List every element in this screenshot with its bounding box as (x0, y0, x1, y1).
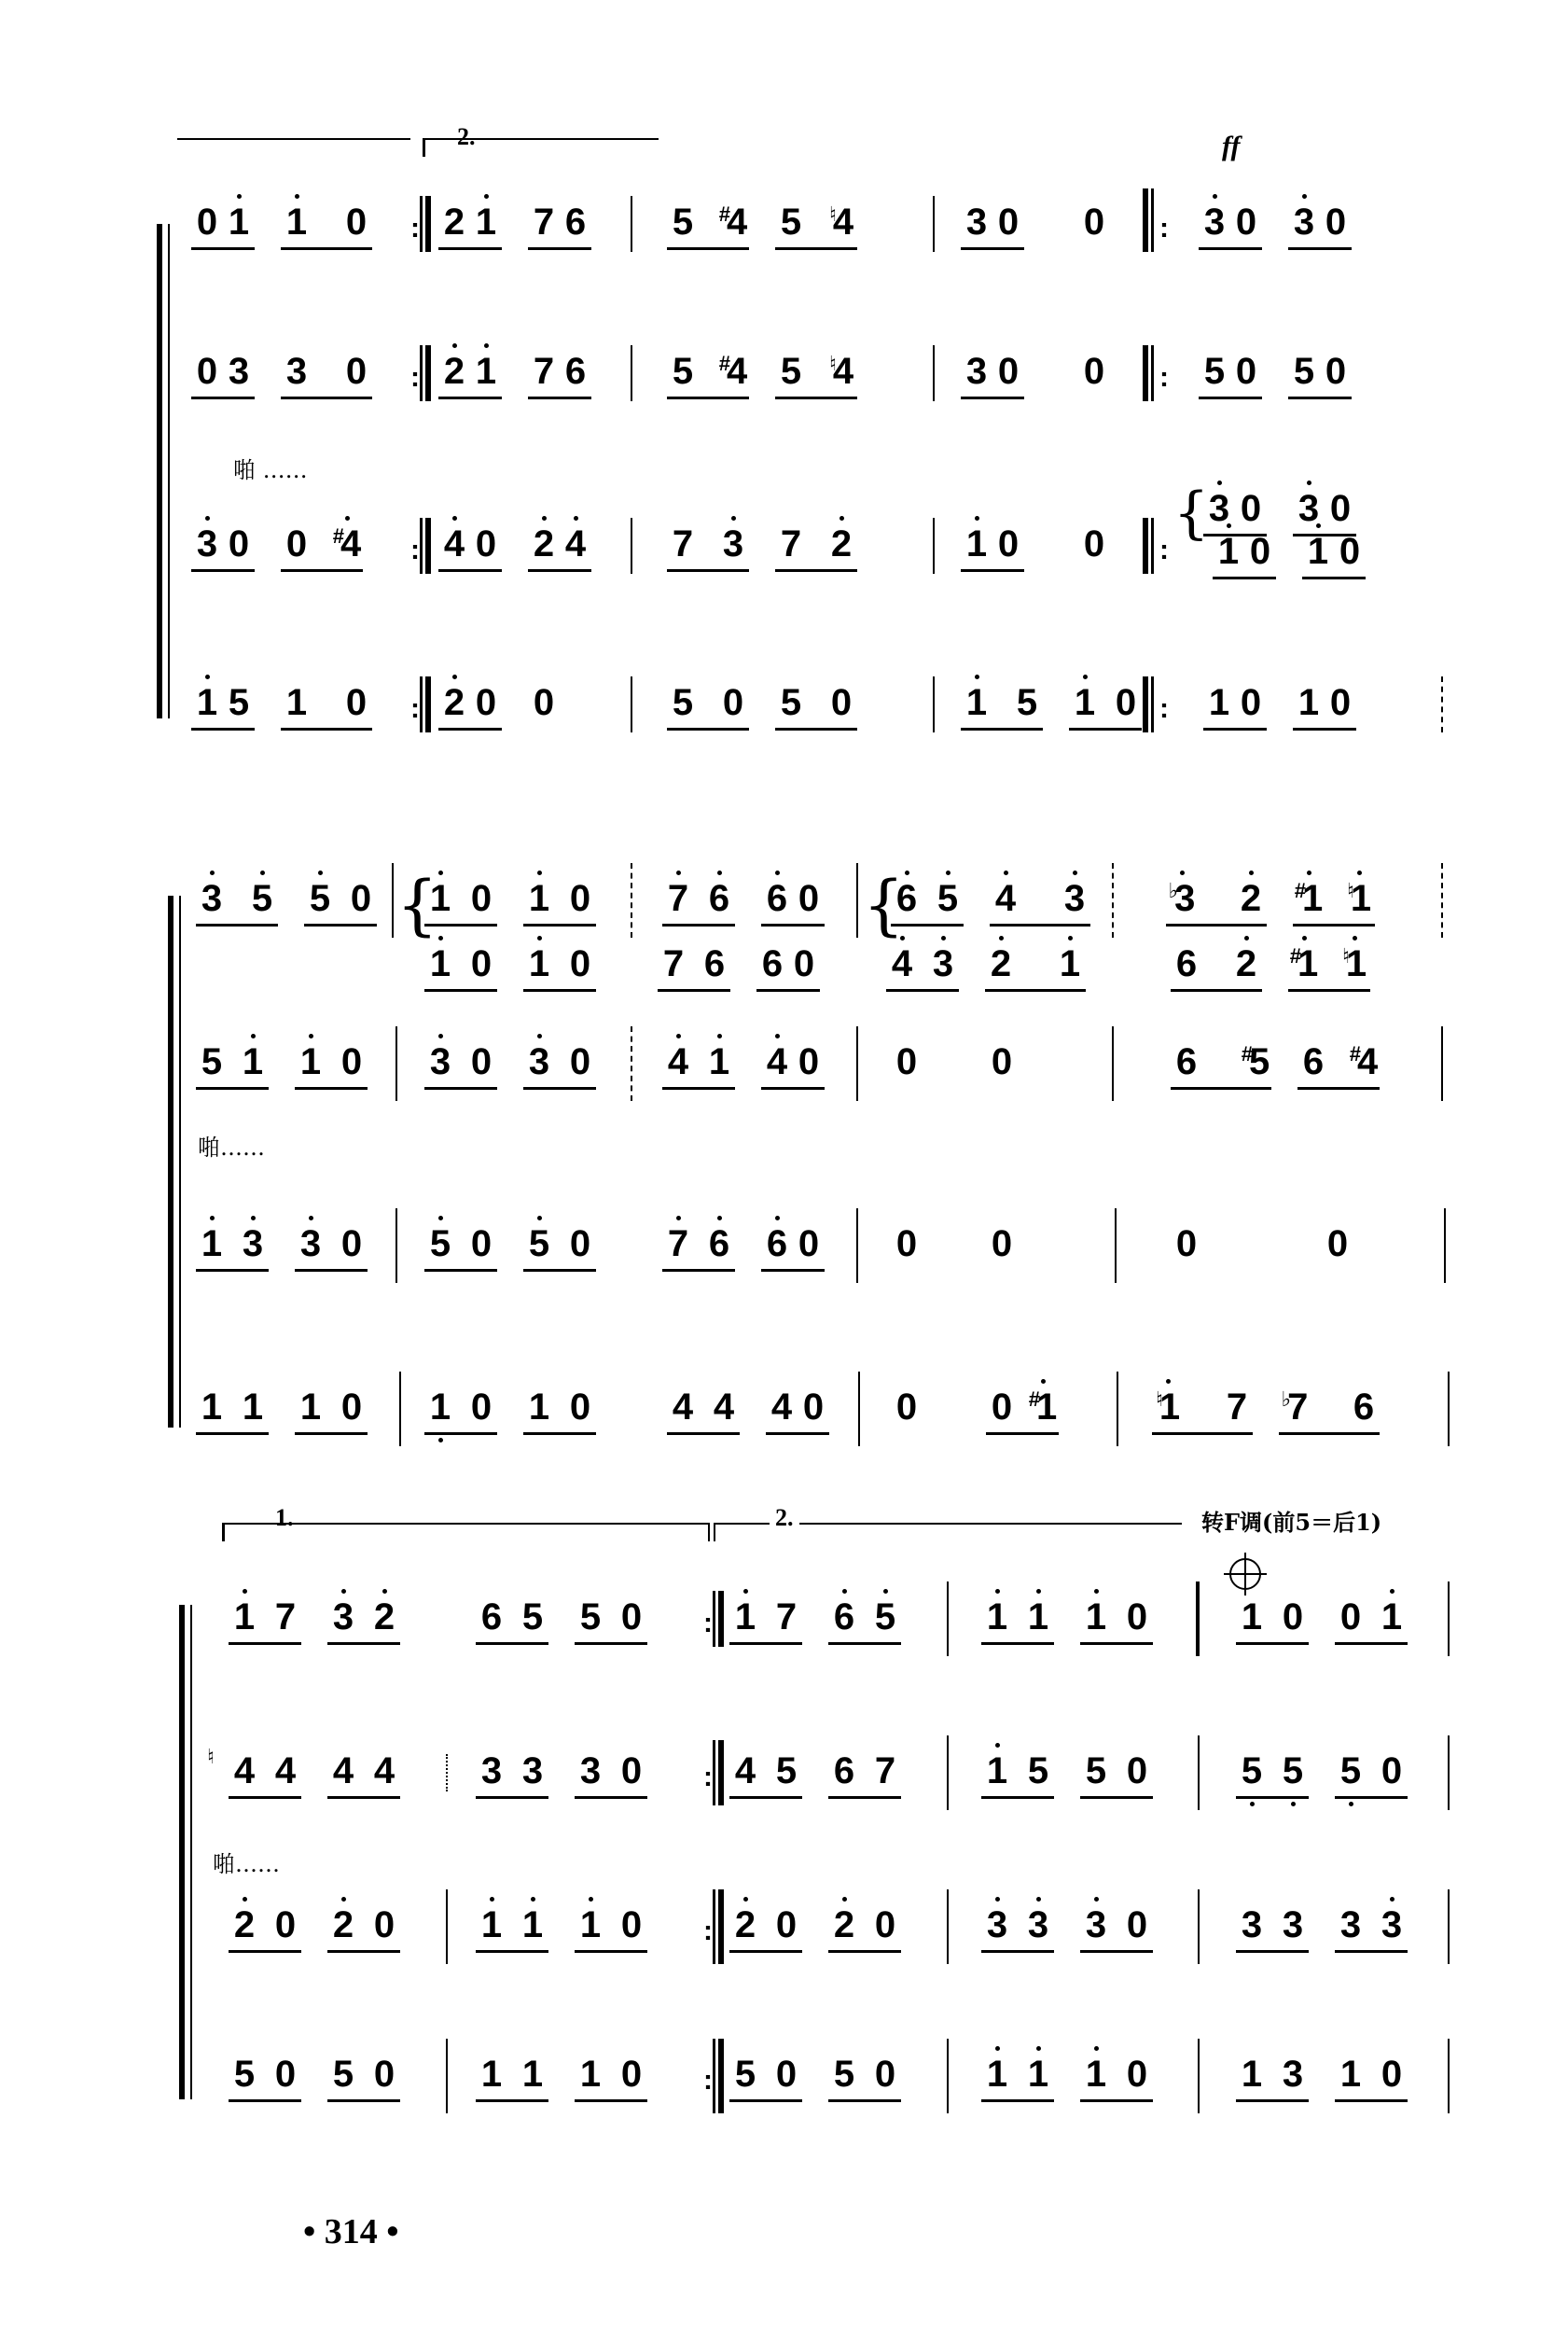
note: 3 (961, 202, 992, 243)
note: 3 (517, 1750, 548, 1791)
barline (392, 863, 394, 938)
measure: 65 50 (476, 1591, 673, 1647)
note: 5 (729, 2054, 761, 2095)
note: 0 (465, 1223, 497, 1264)
page-number: • 314 • (303, 2211, 399, 2252)
measure: 0 0 (1171, 1218, 1380, 1274)
note: 0 (793, 878, 825, 919)
note: 1 (1236, 2054, 1268, 2095)
note: 0 (223, 523, 255, 564)
note: 5 (1199, 351, 1230, 392)
note: 7 (662, 878, 694, 919)
accidental-sign: ♮ (1342, 944, 1350, 968)
note: 1 (523, 878, 555, 919)
note: 7 (1221, 1386, 1253, 1428)
note: 3 (1376, 1904, 1408, 1945)
measure: 45 67 (729, 1745, 927, 1801)
double-barline (713, 1591, 724, 1647)
note: 6 (1171, 1041, 1202, 1082)
staff-1: 17 32 65 50 : 17 65 11 10 10 01 (0, 1591, 1568, 1647)
note: 4 (368, 1750, 400, 1791)
staff-4: 11 10 10 10 44 40 0 0#1 ♮17 ♭76 (0, 1381, 1568, 1437)
note: 5 (1288, 351, 1320, 392)
coda-icon (1229, 1558, 1261, 1590)
double-barline-repeat-start (1143, 345, 1154, 401)
note: 0 (340, 682, 372, 723)
measure: 20 0 (438, 676, 586, 732)
note: 1 (1080, 2054, 1112, 2095)
note: 1 (223, 202, 255, 243)
note: 3 (1335, 1904, 1367, 1945)
note: 5 (424, 1223, 456, 1264)
lyric-mark: 啪 …… (233, 452, 308, 484)
note: 4 (327, 1750, 359, 1791)
note: 5 (1011, 682, 1043, 723)
barline (933, 518, 935, 574)
note: #1 (1027, 1386, 1059, 1428)
measure: 30 30 (424, 1036, 622, 1092)
note: 5 (775, 682, 807, 723)
note: 4 (438, 523, 470, 564)
double-barline (420, 676, 431, 732)
note: 6 (560, 202, 591, 243)
note: 5 (775, 202, 807, 243)
note: 0 (770, 1904, 802, 1945)
measure: 20 20 (229, 1899, 426, 1955)
note: 0 (1320, 202, 1352, 243)
accidental-sign: ♮ (829, 202, 837, 226)
key-change-label: 转F调(前5＝后1) (1201, 1504, 1381, 1537)
note: 1 (1302, 531, 1334, 572)
barline-dashed (1112, 863, 1116, 938)
note: 0 (564, 1223, 596, 1264)
measure: 5#4 5♮4 (667, 345, 883, 401)
repeat-end: : (703, 1917, 713, 1945)
repeat-start: : (1159, 364, 1169, 392)
measure: 33 33 (1236, 1899, 1434, 1955)
measure: 30 0#4 (191, 518, 389, 574)
note: 4 (708, 1386, 740, 1428)
note: #4 (331, 523, 363, 564)
accidental-sign: # (333, 524, 344, 548)
note: 0 (1277, 1596, 1309, 1637)
accidental-sign: # (1242, 1042, 1253, 1066)
note: 1 (1203, 682, 1235, 723)
note: 1 (523, 1386, 555, 1428)
note: 0 (1325, 682, 1356, 723)
note: 2 (438, 202, 470, 243)
barline (947, 2039, 949, 2113)
double-barline (420, 518, 431, 574)
note: 1 (981, 1750, 1013, 1791)
accidental-sign: ♭ (1282, 1387, 1291, 1411)
note: 1 (517, 2054, 548, 2095)
repeat-start: : (1159, 215, 1169, 243)
note: 3 (1277, 2054, 1309, 2095)
note: 1 (1069, 682, 1101, 723)
note: 1 (981, 1596, 1013, 1637)
note: 0 (1335, 1596, 1367, 1637)
barline (631, 345, 632, 401)
note: 0 (770, 2054, 802, 2095)
measure: 17 32 (229, 1591, 426, 1647)
staff-2: 03 30 : 21 76 5#4 5♮4 30 0 : 50 50 (0, 345, 1568, 401)
barline (1117, 1372, 1118, 1446)
note: 0 (992, 351, 1024, 392)
double-barline (713, 1889, 724, 1964)
note: 3 (1059, 878, 1090, 919)
double-barline-repeat-start (1143, 518, 1154, 574)
note: 2 (729, 1904, 761, 1945)
note: ♭7 (1279, 1386, 1311, 1428)
measure: 10 10 (424, 1381, 622, 1437)
note: 0 (1244, 531, 1276, 572)
note: 4 (886, 943, 918, 984)
note: 1 (575, 2054, 606, 2095)
measure: 41 40 (662, 1036, 851, 1092)
note: 0 (1078, 523, 1110, 564)
note: 0 (793, 1223, 825, 1264)
staff-3: 13 30 50 50 76 60 0 0 0 0 (0, 1218, 1568, 1274)
barline (933, 345, 935, 401)
note: 1 (575, 1904, 606, 1945)
staff-3: 20 20 11 10 : 20 20 33 30 33 33 (0, 1899, 1568, 1955)
note: 1 (981, 2054, 1013, 2095)
measure: 17 65 (729, 1591, 927, 1647)
double-barline (420, 196, 431, 252)
double-barline (713, 2039, 724, 2113)
staff-2: ♮ 44 44 33 30 : 45 67 15 50 55 50 (0, 1745, 1568, 1801)
note: 0 (1325, 488, 1356, 529)
note: 3 (237, 1223, 269, 1264)
note: 0 (336, 1223, 368, 1264)
note: 2 (368, 1596, 400, 1637)
note: 1 (1080, 1596, 1112, 1637)
accidental-sign: ♭ (1169, 879, 1178, 902)
note: 0 (336, 1386, 368, 1428)
note: 5 (223, 682, 255, 723)
note: 0 (1235, 682, 1267, 723)
note: 1 (281, 202, 312, 243)
measure: 11 10 (196, 1381, 394, 1437)
accidental-sign: # (1029, 1387, 1040, 1411)
measure: 50 50 (424, 1218, 622, 1274)
note: 0 (1121, 2054, 1153, 2095)
staff-1: 35 50 { 10 10 76 60 { 65 43 ♭32 #1♮1 (0, 872, 1568, 928)
barline (446, 1889, 448, 1964)
note: 0 (1376, 1750, 1408, 1791)
note: 0 (891, 1223, 923, 1264)
measure: 73 72 (667, 518, 883, 574)
note: 0 (1376, 2054, 1408, 2095)
note: 6 (703, 878, 735, 919)
repeat-end: : (703, 1763, 713, 1791)
note: 7 (869, 1750, 901, 1791)
note: 3 (1288, 202, 1320, 243)
measure: 0 0#1 (891, 1381, 1085, 1437)
note: 4 (270, 1750, 301, 1791)
note: 6 (476, 1596, 507, 1637)
note: 3 (281, 351, 312, 392)
repeat-end: : (703, 1609, 713, 1637)
note: #1 (1293, 878, 1325, 919)
note: 0 (465, 1041, 497, 1082)
note: 1 (295, 1041, 326, 1082)
barline (1112, 1026, 1114, 1101)
note: 2 (985, 943, 1017, 984)
note: 4 (766, 1386, 798, 1428)
barline (933, 196, 935, 252)
measure-lower: 10 10 (1213, 525, 1392, 581)
note: 0 (340, 202, 372, 243)
note: 5 (667, 202, 699, 243)
note: #4 (717, 351, 749, 392)
note: 1 (196, 1386, 228, 1428)
note: 3 (191, 523, 223, 564)
barline (631, 676, 632, 732)
staff-4: 15 10 : 20 0 50 50 15 10 : 10 10 (0, 676, 1568, 732)
note: 3 (1022, 1904, 1054, 1945)
note: 4 (990, 878, 1021, 919)
staff-1: 01 10 : 21 76 5#4 5♮4 30 0 : 30 30 (0, 196, 1568, 252)
barline (947, 1582, 949, 1656)
measure: 11 10 (981, 1591, 1179, 1647)
note: 0 (869, 1904, 901, 1945)
note: 7 (775, 523, 807, 564)
measure: 55 50 (1236, 1745, 1434, 1801)
volta-2-label: 2. (457, 123, 476, 151)
note: 6 (761, 878, 793, 919)
measure: 21 76 (438, 196, 617, 252)
measure-upper: 76 60 (662, 872, 851, 928)
note: 0 (340, 351, 372, 392)
measure: 40 24 (438, 518, 617, 574)
note: 5 (932, 878, 964, 919)
note: 3 (927, 943, 959, 984)
note: 0 (465, 878, 497, 919)
note: 0 (992, 523, 1024, 564)
measure: 03 30 (191, 345, 398, 401)
note: 0 (270, 2054, 301, 2095)
note: 2 (826, 523, 857, 564)
system-bracket (157, 224, 162, 718)
barline (1196, 1582, 1200, 1656)
note: 0 (1334, 531, 1366, 572)
note: ♮1 (1339, 943, 1370, 984)
note: 1 (523, 943, 555, 984)
note: 3 (476, 1750, 507, 1791)
staff-3: 30 0#4 : 40 24 73 72 10 0 : { 30 30 10 1… (0, 518, 1568, 574)
note: 1 (470, 351, 502, 392)
note: 1 (191, 682, 223, 723)
note: 6 (560, 351, 591, 392)
note: 1 (703, 1041, 735, 1082)
note: 2 (528, 523, 560, 564)
double-barline-repeat-start (1143, 676, 1154, 732)
note: 0 (891, 1041, 923, 1082)
note: 1 (424, 943, 456, 984)
note: 0 (465, 943, 497, 984)
measure: 13 10 (1236, 2048, 1434, 2104)
note: 1 (961, 523, 992, 564)
barline (395, 1026, 397, 1101)
barline (947, 1735, 949, 1810)
barline (1444, 1208, 1446, 1283)
barline (1448, 1889, 1450, 1964)
note: 6 (761, 1223, 793, 1264)
note: 5 (517, 1596, 548, 1637)
note: 6 (828, 1596, 860, 1637)
note: 5 (1022, 1750, 1054, 1791)
note: 0 (368, 1904, 400, 1945)
measure: 13 30 (196, 1218, 394, 1274)
note: 0 (616, 1596, 647, 1637)
double-barline (713, 1740, 724, 1805)
barline-dashed (446, 1754, 450, 1791)
accidental-sign: # (1295, 879, 1306, 902)
barline (1448, 1372, 1450, 1446)
note: 0 (564, 1386, 596, 1428)
accidental-sign: ♮ (1156, 1387, 1163, 1411)
note: 0 (470, 523, 502, 564)
note: 6 (699, 943, 730, 984)
note: 1 (1022, 1596, 1054, 1637)
measure: 0 0 (891, 1036, 1044, 1092)
note: 0 (788, 943, 820, 984)
note: 0 (564, 878, 596, 919)
note: 2 (1230, 943, 1262, 984)
note: 0 (1322, 1223, 1353, 1264)
note: 7 (270, 1596, 301, 1637)
barline (947, 1889, 949, 1964)
note: 6 (1348, 1386, 1380, 1428)
barline (856, 1026, 858, 1101)
measure: 30 0 (961, 196, 1136, 252)
note: 0 (1078, 202, 1110, 243)
note: 2 (327, 1904, 359, 1945)
note: 0 (465, 1386, 497, 1428)
note: 5 (828, 2054, 860, 2095)
note: 7 (528, 351, 560, 392)
barline (1198, 1735, 1200, 1810)
measure: 50 50 (229, 2048, 426, 2104)
measure-lower: 10 10 (424, 938, 622, 994)
note: 0 (1320, 351, 1352, 392)
accidental-sign: ♮ (829, 352, 837, 375)
barline (858, 1372, 860, 1446)
measure: 50 50 (667, 676, 883, 732)
note: 3 (523, 1041, 555, 1082)
note: ♮4 (826, 351, 857, 392)
measure: 51 10 (196, 1036, 394, 1092)
note: 1 (237, 1041, 269, 1082)
note: 0 (564, 943, 596, 984)
note: 6 (828, 1750, 860, 1791)
measure: 35 50 (196, 872, 403, 928)
note: 5 (523, 1223, 555, 1264)
barline (395, 1208, 397, 1283)
barline (1448, 2039, 1450, 2113)
note: 6 (1297, 1041, 1329, 1082)
barline-dashed (1441, 676, 1445, 732)
measure: 44 44 (229, 1745, 426, 1801)
system-bracket (179, 1605, 185, 2099)
measure-upper: 65 43 (891, 872, 1117, 928)
note: 5 (770, 1750, 802, 1791)
note: 0 (869, 2054, 901, 2095)
measure: 50 50 (1199, 345, 1378, 401)
note: ♮4 (826, 202, 857, 243)
repeat-end: : (410, 695, 420, 723)
note: 1 (1335, 2054, 1367, 2095)
double-barline-repeat-start (1143, 188, 1154, 252)
note: 1 (961, 682, 992, 723)
note: 1 (470, 202, 502, 243)
repeat-end: : (703, 2067, 713, 2095)
note: 0 (1230, 202, 1262, 243)
note: 1 (229, 1596, 260, 1637)
note: 3 (1080, 1904, 1112, 1945)
measure: 33 30 (981, 1899, 1179, 1955)
note: 0 (798, 1386, 829, 1428)
note: 5 (196, 1041, 228, 1082)
measure: 15 10 (191, 676, 398, 732)
lyric-mark: 啪…… (198, 1129, 265, 1162)
measure: 01 10 (191, 196, 398, 252)
note: 0 (1230, 351, 1262, 392)
note: 1 (237, 1386, 269, 1428)
note: 0 (992, 202, 1024, 243)
note: 0 (717, 682, 749, 723)
note: 0 (986, 1386, 1018, 1428)
note: 3 (327, 1596, 359, 1637)
note: 6 (1171, 943, 1202, 984)
note: 0 (793, 1041, 825, 1082)
volta-2-label: 2. (770, 1504, 799, 1532)
measure: 21 76 (438, 345, 617, 401)
note: 2 (828, 1904, 860, 1945)
accidental-sign: ♮ (1347, 879, 1354, 902)
measure: 0 0 (891, 1218, 1044, 1274)
note: 0 (826, 682, 857, 723)
measure: ♮17 ♭76 (1152, 1381, 1406, 1437)
repeat-start: : (1159, 536, 1169, 564)
note: 3 (717, 523, 749, 564)
note: 6 (703, 1223, 735, 1264)
barline-dashed (631, 1026, 634, 1101)
measure-lower: 43 21 (886, 938, 1112, 994)
measure: 11 10 (476, 2048, 673, 2104)
note: 0 (616, 2054, 647, 2095)
note: 4 (761, 1041, 793, 1082)
measure: 10 01 (1236, 1591, 1434, 1647)
note: 1 (424, 878, 456, 919)
volta-1-bracket (222, 1523, 710, 1541)
measure: 11 10 (981, 2048, 1179, 2104)
note: 4 (667, 1386, 699, 1428)
barline (1198, 2039, 1200, 2113)
measure-lower: 76 60 (658, 938, 846, 994)
barline (399, 1372, 401, 1446)
measure: 5#4 5♮4 (667, 196, 883, 252)
note: 0 (191, 202, 223, 243)
note: 1 (1054, 943, 1086, 984)
note: 7 (770, 1596, 802, 1637)
staff-4: 50 50 11 10 : 50 50 11 10 13 10 (0, 2048, 1568, 2104)
note: 4 (229, 1750, 260, 1791)
measure: 44 40 (667, 1381, 855, 1437)
note: 1 (424, 1386, 456, 1428)
